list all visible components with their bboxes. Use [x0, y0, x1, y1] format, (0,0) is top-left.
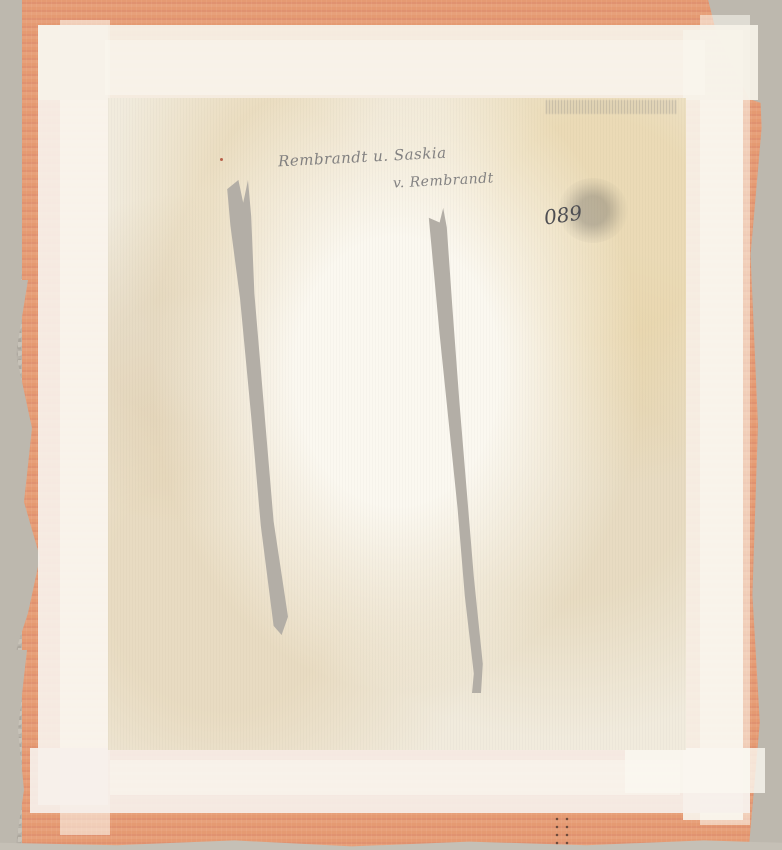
canvas-back: Rembrandt u. Saskia v. Rembrandt 089 — [108, 98, 686, 750]
tape-top-inner — [105, 40, 705, 95]
tape-bottom-right-corner — [625, 748, 765, 793]
red-mark — [220, 158, 223, 161]
frame-nail-holes — [552, 815, 572, 845]
tape-left-inner — [60, 20, 110, 835]
tape-bottom-inner — [110, 760, 680, 795]
tape-right-inner — [700, 15, 750, 825]
graphite-smudge-top — [546, 100, 676, 114]
